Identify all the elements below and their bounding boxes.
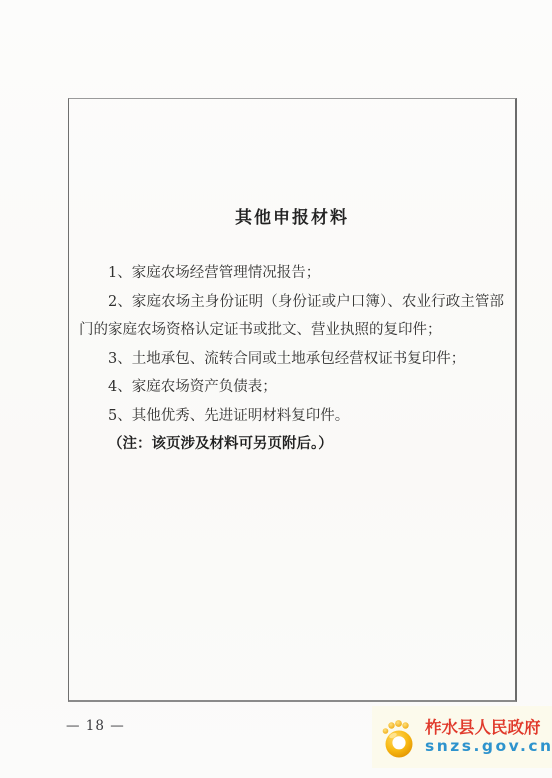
list-item-5: 5、其他优秀、先进证明材料复印件。 <box>79 402 504 431</box>
watermark-text: 柞水县人民政府 snzs.gov.cn <box>425 719 552 756</box>
list-item-4: 4、家庭农场资产负债表； <box>79 373 504 402</box>
note-line: （注：该页涉及材料可另页附后。） <box>79 430 504 459</box>
list-item-1: 1、家庭农场经营管理情况报告； <box>79 259 504 288</box>
site-url: snzs.gov.cn <box>425 738 552 756</box>
section-title: 其他申报材料 <box>69 203 515 228</box>
paw-footprint-icon <box>378 714 418 760</box>
site-watermark: 柞水县人民政府 snzs.gov.cn <box>372 706 552 768</box>
list-item-3: 3、土地承包、流转合同或土地承包经营权证书复印件； <box>79 345 504 374</box>
content-border-box: 其他申报材料 1、家庭农场经营管理情况报告； 2、家庭农场主身份证明（身份证或户… <box>68 98 517 702</box>
site-name: 柞水县人民政府 <box>425 719 552 738</box>
page-number: — 18 — <box>66 718 125 734</box>
list-item-2: 2、家庭农场主身份证明（身份证或户口簿）、农业行政主管部门的家庭农场资格认定证书… <box>79 288 504 345</box>
document-body: 1、家庭农场经营管理情况报告； 2、家庭农场主身份证明（身份证或户口簿）、农业行… <box>69 259 515 459</box>
document-page: 其他申报材料 1、家庭农场经营管理情况报告； 2、家庭农场主身份证明（身份证或户… <box>0 0 552 778</box>
